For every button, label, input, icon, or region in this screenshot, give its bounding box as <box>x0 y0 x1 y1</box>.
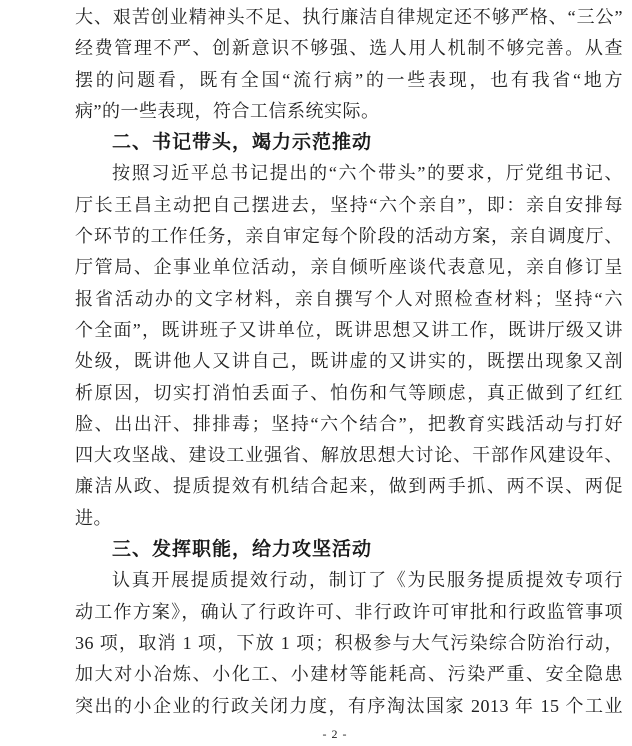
text-line: 处级，既讲他人又讲自己，既讲虚的又讲实的，既摆出现象又剖 <box>75 346 623 377</box>
document-page: 大、艰苦创业精神头不足、执行廉洁自律规定还不够严格、“三公”经费管理不严、创新意… <box>0 0 632 746</box>
text-line: 报省活动办的文字材料，亲自撰写个人对照检查材料；坚持“六 <box>75 284 623 315</box>
document-text-block: 大、艰苦创业精神头不足、执行廉洁自律规定还不够严格、“三公”经费管理不严、创新意… <box>75 2 623 722</box>
text-line: 突出的小企业的行政关闭力度，有序淘汰国家 2013 年 15 个工业 <box>75 691 623 722</box>
text-line: 析原因，切实打消怕丢面子、怕伤和气等顾虑，真正做到了红红 <box>75 378 623 409</box>
text-line: 经费管理不严、创新意识不够强、选人用人机制不够完善。从查 <box>75 33 623 64</box>
text-line: 个全面”，既讲班子又讲单位，既讲思想又讲工作，既讲厅级又讲 <box>75 315 623 346</box>
text-line: 厅管局、企事业单位活动，亲自倾听座谈代表意见，亲自修订呈 <box>75 252 623 283</box>
text-line: 大、艰苦创业精神头不足、执行廉洁自律规定还不够严格、“三公” <box>75 2 623 33</box>
text-line: 加大对小冶炼、小化工、小建材等能耗高、污染严重、安全隐患 <box>75 659 623 690</box>
text-line: 个环节的工作任务，亲自审定每个阶段的活动方案，亲自调度厅、 <box>75 221 623 252</box>
text-line: 摆的问题看，既有全国“流行病”的一些表现，也有我省“地方 <box>75 65 623 96</box>
text-line: 进。 <box>75 503 623 534</box>
text-line: 廉洁从政、提质提效有机结合起来，做到两手抓、两不误、两促 <box>75 471 623 502</box>
text-line: 动工作方案》，确认了行政许可、非行政许可审批和行政监管事项 <box>75 597 623 628</box>
text-line: 厅长王昌主动把自己摆进去，坚持“六个亲自”，即：亲自安排每 <box>75 190 623 221</box>
text-line: 认真开展提质提效行动，制订了《为民服务提质提效专项行 <box>75 565 623 596</box>
text-line: 36 项，取消 1 项，下放 1 项；积极参与大气污染综合防治行动， <box>75 628 623 659</box>
section-heading: 三、发挥职能，给力攻坚活动 <box>75 534 623 565</box>
page-number: - 2 - <box>75 727 595 742</box>
section-heading: 二、书记带头，竭力示范推动 <box>75 127 623 158</box>
text-line: 按照习近平总书记提出的“六个带头”的要求，厅党组书记、 <box>75 158 623 189</box>
text-line: 病”的一些表现，符合工信系统实际。 <box>75 96 623 127</box>
text-line: 脸、出出汗、排排毒；坚持“六个结合”，把教育实践活动与打好 <box>75 409 623 440</box>
text-line: 四大攻坚战、建设工业强省、解放思想大讨论、干部作风建设年、 <box>75 440 623 471</box>
